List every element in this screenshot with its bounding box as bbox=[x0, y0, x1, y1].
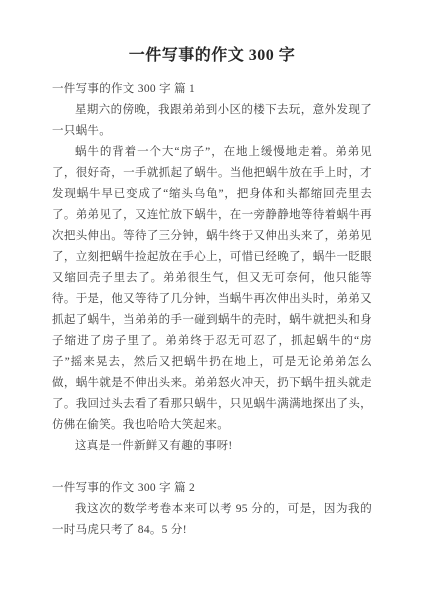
essay-1-paragraph-3: 这真是一件新鲜又有趣的事呀! bbox=[52, 436, 372, 457]
document-page: 一件写事的作文 300 字 一件写事的作文 300 字 篇 1 星期六的傍晚，我… bbox=[0, 0, 424, 600]
essay-2-heading: 一件写事的作文 300 字 篇 2 bbox=[52, 478, 372, 499]
essay-section-1: 一件写事的作文 300 字 篇 1 星期六的傍晚，我跟弟弟到小区的楼下去玩，意外… bbox=[52, 79, 372, 457]
document-title: 一件写事的作文 300 字 bbox=[52, 46, 372, 66]
essay-section-2: 一件写事的作文 300 字 篇 2 我这次的数学考卷本来可以考 95 分的，可是… bbox=[52, 478, 372, 541]
essay-1-paragraph-2: 蜗牛的背着一个大“房子”，在地上缓慢地走着。弟弟见了，很好奇，一手就抓起了蜗牛。… bbox=[52, 142, 372, 436]
essay-2-paragraph-1: 我这次的数学考卷本来可以考 95 分的，可是，因为我的一时马虎只考了 84。5 … bbox=[52, 499, 372, 541]
essay-1-heading: 一件写事的作文 300 字 篇 1 bbox=[52, 79, 372, 100]
essay-1-paragraph-1: 星期六的傍晚，我跟弟弟到小区的楼下去玩，意外发现了一只蜗牛。 bbox=[52, 100, 372, 142]
document-content: 一件写事的作文 300 字 一件写事的作文 300 字 篇 1 星期六的傍晚，我… bbox=[0, 0, 424, 541]
